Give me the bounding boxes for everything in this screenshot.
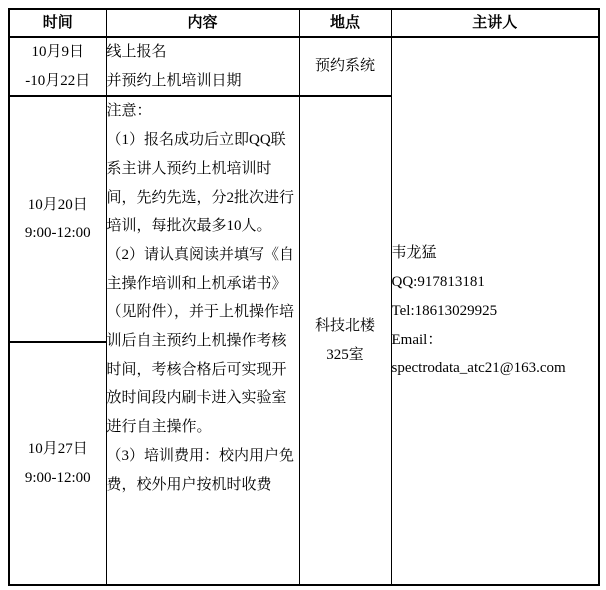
table-header-row: 时间 内容 地点 主讲人 xyxy=(9,9,599,37)
header-content: 内容 xyxy=(106,9,299,37)
speaker-tel: Tel:18613029925 xyxy=(392,297,599,326)
table-row-signup: 10月9日 -10月22日 线上报名 并预约上机培训日期 预约系统 韦龙猛 QQ… xyxy=(9,37,599,96)
speaker-qq: QQ:917813181 xyxy=(392,268,599,297)
speaker-email: spectrodata_atc21@163.com xyxy=(392,354,599,383)
time-cell-signup: 10月9日 -10月22日 xyxy=(9,37,106,96)
speaker-email-label: Email： xyxy=(392,326,599,355)
location-cell-signup: 预约系统 xyxy=(299,37,391,96)
location-cell-building: 科技北楼 325室 xyxy=(299,96,391,585)
speaker-cell: 韦龙猛 QQ:917813181 Tel:18613029925 Email： … xyxy=(391,37,599,585)
training-schedule-table: 时间 内容 地点 主讲人 10月9日 -10月22日 线上报名 并预约上机培训日… xyxy=(8,8,600,586)
content-cell-notes: 注意： （1）报名成功后立即QQ联系主讲人预约上机培训时间，先约先选，分2批次进… xyxy=(106,96,299,585)
header-speaker: 主讲人 xyxy=(391,9,599,37)
time-cell-training-2: 10月27日 9:00-12:00 xyxy=(9,342,106,585)
speaker-name: 韦龙猛 xyxy=(392,239,599,268)
header-location: 地点 xyxy=(299,9,391,37)
content-cell-signup: 线上报名 并预约上机培训日期 xyxy=(106,37,299,96)
time-cell-training-1: 10月20日 9:00-12:00 xyxy=(9,96,106,342)
header-time: 时间 xyxy=(9,9,106,37)
